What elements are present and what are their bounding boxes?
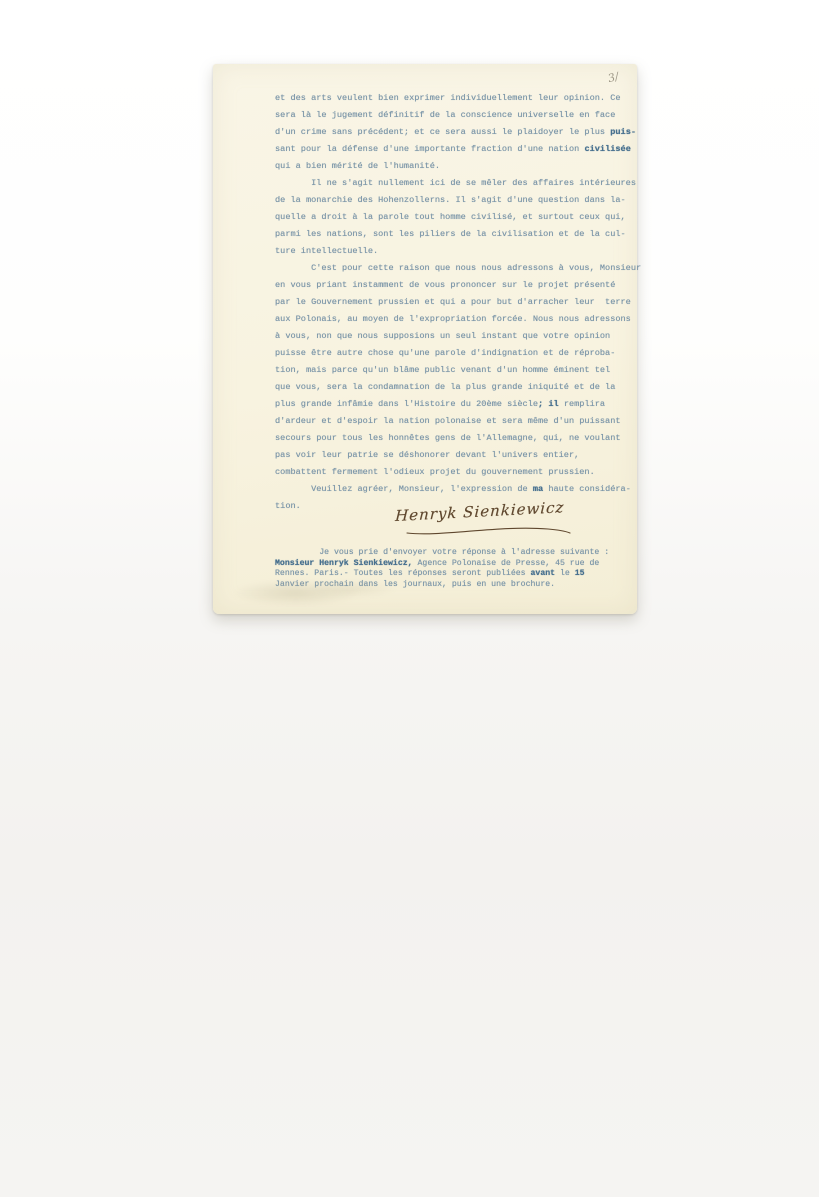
typewritten-line: Je vous prie d'envoyer votre réponse à l… <box>275 548 615 559</box>
paragraph: Il ne s'agit nullement ici de se mêler d… <box>275 175 631 260</box>
typewritten-line: ture intellectuelle. <box>275 243 631 260</box>
typewritten-line: qui a bien mérité de l'humanité. <box>275 158 631 175</box>
typewritten-line: Rennes. Paris.- Toutes les réponses sero… <box>275 569 615 580</box>
typewritten-line: d'un crime sans précédent; et ce sera au… <box>275 124 631 141</box>
typewritten-line: par le Gouvernement prussien et qui a po… <box>275 294 631 311</box>
typewritten-line: sera là le jugement définitif de la cons… <box>275 107 631 124</box>
typewritten-line: C'est pour cette raison que nous nous ad… <box>275 260 631 277</box>
page-number: 3/ <box>607 70 621 85</box>
paragraph: et des arts veulent bien exprimer indivi… <box>275 90 631 175</box>
signature-flourish <box>403 522 575 538</box>
typewritten-line: secours pour tous les honnêtes gens de l… <box>275 430 631 447</box>
typewritten-line: Veuillez agréer, Monsieur, l'expression … <box>275 481 631 498</box>
typewritten-line: que vous, sera la condamnation de la plu… <box>275 379 631 396</box>
typewritten-line: d'ardeur et d'espoir la nation polonaise… <box>275 413 631 430</box>
typewritten-line: aux Polonais, au moyen de l'expropriatio… <box>275 311 631 328</box>
typewritten-line: puisse être autre chose qu'une parole d'… <box>275 345 631 362</box>
typewritten-line: combattent fermement l'odieux projet du … <box>275 464 631 481</box>
letter-page: 3/ et des arts veulent bien exprimer ind… <box>213 64 637 614</box>
typewritten-line: pas voir leur patrie se déshonorer devan… <box>275 447 631 464</box>
typewritten-line: Il ne s'agit nullement ici de se mêler d… <box>275 175 631 192</box>
typewritten-line: de la monarchie des Hohenzollerns. Il s'… <box>275 192 631 209</box>
photo-background: 3/ et des arts veulent bien exprimer ind… <box>0 0 819 1197</box>
typewritten-line: à vous, non que nous supposions un seul … <box>275 328 631 345</box>
signature-name: Henryk Sienkiewicz <box>395 497 586 525</box>
signature: Henryk Sienkiewicz <box>395 502 585 546</box>
typewritten-line: quelle a droit à la parole tout homme ci… <box>275 209 631 226</box>
postscript: Je vous prie d'envoyer votre réponse à l… <box>275 548 615 590</box>
letter-body: et des arts veulent bien exprimer indivi… <box>275 90 631 515</box>
typewritten-line: et des arts veulent bien exprimer indivi… <box>275 90 631 107</box>
paragraph: C'est pour cette raison que nous nous ad… <box>275 260 631 481</box>
typewritten-line: en vous priant instamment de vous pronon… <box>275 277 631 294</box>
typewritten-line: sant pour la défense d'une importante fr… <box>275 141 631 158</box>
paragraph: Je vous prie d'envoyer votre réponse à l… <box>275 548 615 590</box>
typewritten-line: Janvier prochain dans les journaux, puis… <box>275 580 615 591</box>
typewritten-line: parmi les nations, sont les piliers de l… <box>275 226 631 243</box>
typewritten-line: tion, mais parce qu'un blâme public vena… <box>275 362 631 379</box>
typewritten-line: plus grande infâmie dans l'Histoire du 2… <box>275 396 631 413</box>
typewritten-line: Monsieur Henryk Sienkiewicz, Agence Polo… <box>275 559 615 570</box>
